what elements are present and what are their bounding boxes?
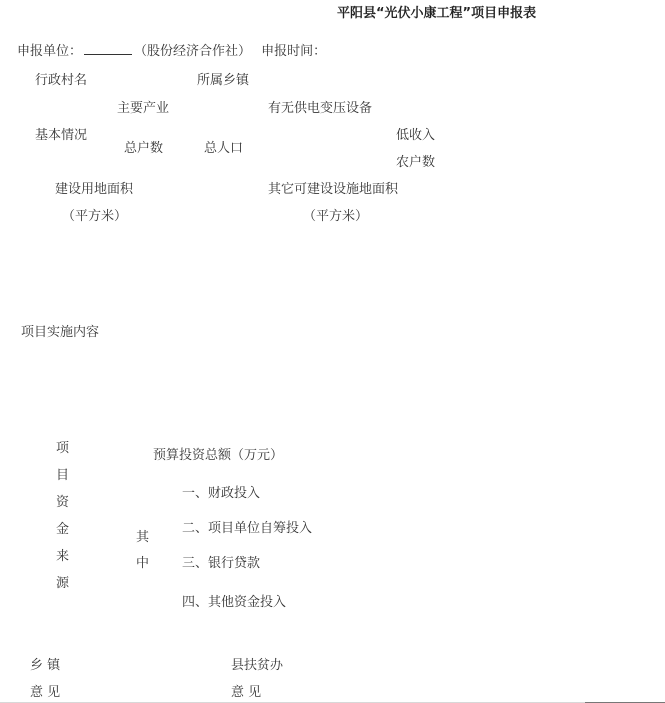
header-row: 申报单位：（股份经济合作社） 申报时间：: [17, 42, 326, 60]
funding-char: 金: [56, 522, 69, 538]
main-industry-label: 主要产业: [117, 101, 169, 117]
total-households-label: 总户数: [124, 141, 163, 157]
budget-total-label: 预算投资总额（万元）: [153, 448, 283, 464]
village-name-label: 行政村名: [35, 73, 87, 89]
funding-char: 项: [56, 441, 69, 457]
other-area-unit: （平方米）: [303, 209, 368, 225]
low-income-label-line2: 农户数: [396, 155, 435, 171]
funding-char: 资: [56, 495, 69, 511]
funding-char: 目: [56, 468, 69, 484]
township-opinion-line1: 乡 镇: [30, 658, 60, 674]
township-label: 所属乡镇: [197, 73, 249, 89]
funding-char: 来: [56, 549, 69, 565]
transformer-label: 有无供电变压设备: [268, 101, 372, 117]
other-area-label: 其它可建设设施地面积: [268, 182, 398, 198]
funding-char: 源: [56, 576, 69, 592]
county-opinion-line2: 意 见: [231, 685, 261, 701]
funding-item-fiscal: 一、财政投入: [182, 486, 260, 502]
unit-note: （股份经济合作社）: [134, 44, 251, 59]
time-label: 申报时间：: [261, 44, 326, 59]
low-income-label-line1: 低收入: [396, 128, 435, 144]
unit-blank-field[interactable]: [84, 42, 132, 55]
construction-area-unit: （平方米）: [62, 209, 127, 225]
township-opinion-line2: 意 见: [30, 685, 60, 701]
basic-info-section-label: 基本情况: [35, 128, 87, 144]
unit-label: 申报单位：: [17, 44, 82, 59]
of-which-char: 中: [136, 556, 149, 572]
funding-item-self-raised: 二、项目单位自筹投入: [182, 521, 312, 537]
of-which-char: 其: [136, 530, 149, 546]
implementation-label: 项目实施内容: [21, 325, 99, 341]
construction-area-label: 建设用地面积: [55, 182, 133, 198]
form-title: 平阳县“光伏小康工程”项目申报表: [337, 6, 536, 22]
county-opinion-line1: 县扶贫办: [231, 658, 283, 674]
funding-item-bank-loan: 三、银行贷款: [182, 556, 260, 572]
funding-item-other: 四、其他资金投入: [182, 595, 286, 611]
total-population-label: 总人口: [204, 141, 243, 157]
